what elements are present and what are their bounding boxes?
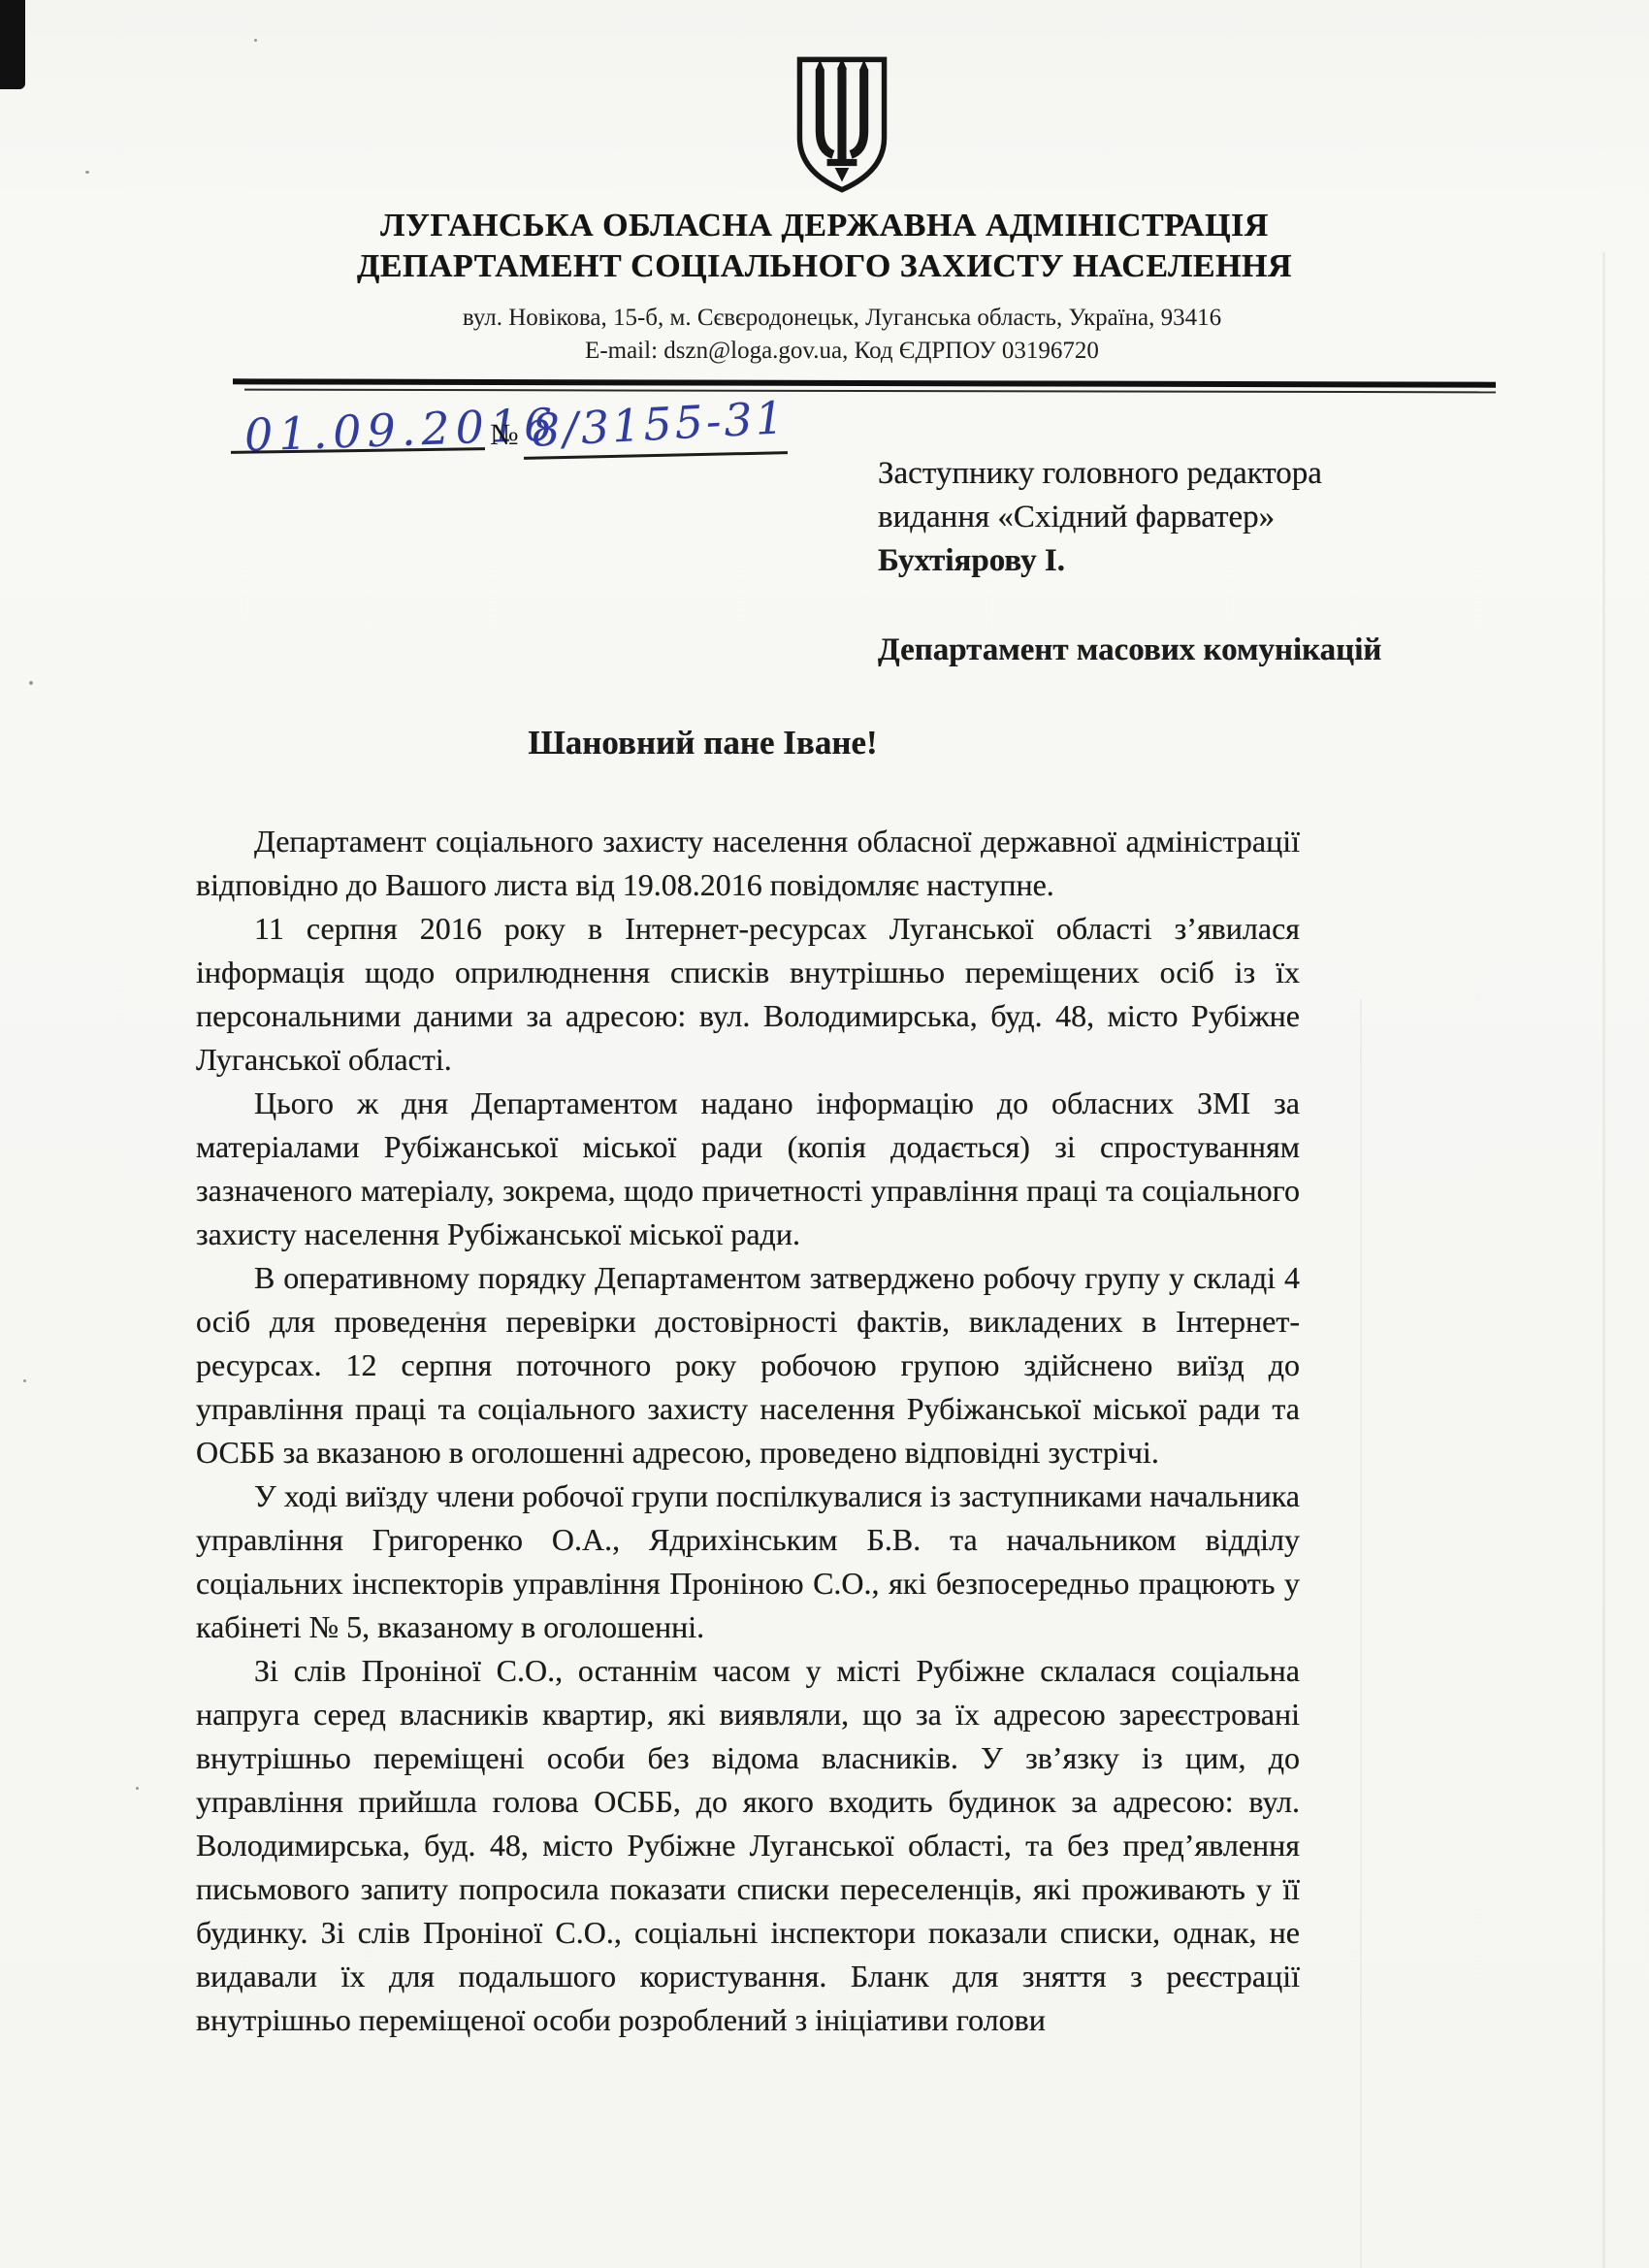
scan-artifact-speck xyxy=(85,171,89,174)
letterhead-rule-thin xyxy=(244,389,1496,394)
org-name-line1: ЛУГАНСЬКА ОБЛАСНА ДЕРЖАВНА АДМІНІСТРАЦІЯ xyxy=(0,208,1649,244)
recipient-title-line1: Заступнику головного редактора xyxy=(878,456,1322,492)
scan-artifact-speck xyxy=(136,1787,139,1790)
body-paragraph: Зі слів Проніної С.О., останнім часом у … xyxy=(196,1649,1300,2042)
scan-artifact-streak xyxy=(1602,252,1605,2268)
body-paragraph: У ході виїзду члени робочої групи поспіл… xyxy=(196,1474,1300,1649)
scan-artifact-speck xyxy=(254,39,257,42)
scan-artifact-speck xyxy=(23,1379,26,1382)
org-name-line2: ДЕПАРТАМЕНТ СОЦІАЛЬНОГО ЗАХИСТУ НАСЕЛЕНН… xyxy=(0,248,1649,285)
body-paragraph: 11 серпня 2016 року в Інтернет-ресурсах … xyxy=(196,907,1300,1082)
ukraine-trident-emblem xyxy=(793,53,890,196)
org-contact: E-mail: dszn@loga.gov.ua, Код ЄДРПОУ 031… xyxy=(0,338,1649,365)
body-paragraph: Департамент соціального захисту населенн… xyxy=(196,820,1300,907)
scan-artifact-speck xyxy=(29,681,33,685)
org-address: вул. Новікова, 15-б, м. Сєвєродонецьк, Л… xyxy=(0,305,1649,332)
number-sign: № xyxy=(490,417,519,452)
letterhead-rule-thick xyxy=(233,378,1496,387)
scan-artifact-streak xyxy=(1360,999,1362,2268)
body-paragraph: В оперативному порядку Департаментом зат… xyxy=(196,1256,1300,1474)
letter-body: Департамент соціального захисту населенн… xyxy=(196,820,1300,2042)
recipient-title-line2: видання «Східний фарватер» xyxy=(878,500,1275,535)
handwritten-number: 8/3155-31 xyxy=(531,391,788,457)
scan-artifact-corner-bar xyxy=(0,0,25,89)
salutation: Шановний пане Іване! xyxy=(196,724,1210,762)
recipient-department: Департамент масових комунікацій xyxy=(878,632,1381,668)
scanned-letter-page: ЛУГАНСЬКА ОБЛАСНА ДЕРЖАВНА АДМІНІСТРАЦІЯ… xyxy=(0,0,1649,2268)
body-paragraph: Цього ж дня Департаментом надано інформа… xyxy=(196,1082,1300,1256)
recipient-name: Бухтіярову І. xyxy=(878,543,1065,579)
